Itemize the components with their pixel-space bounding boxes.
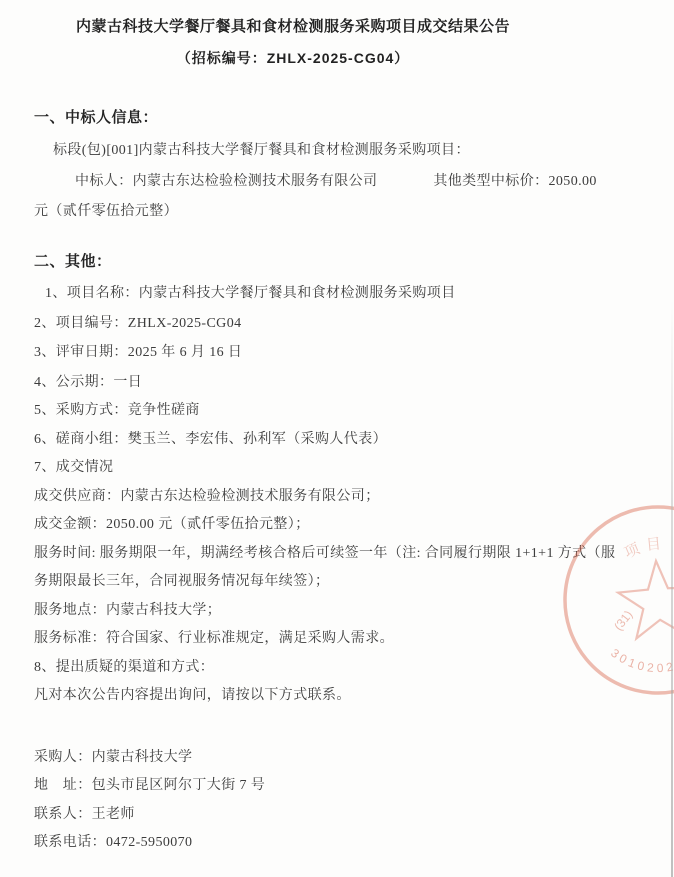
- item-project-no: 2、项目编号：ZHLX-2025-CG04: [34, 315, 552, 333]
- page-scan-edge: [671, 300, 673, 877]
- item-deal-situation: 7、成交情况: [34, 459, 552, 477]
- red-official-seal: 项目 301020264341 (31): [558, 500, 674, 700]
- deal-supplier-line: 成交供应商：内蒙古东达检验检测技术服务有限公司；: [34, 488, 552, 506]
- item-objection-channel: 8、提出质疑的渠道和方式：: [34, 659, 552, 677]
- seal-inner-label: (31): [611, 608, 635, 633]
- contact-phone-line: 联系电话：0472-5950070: [34, 834, 552, 852]
- item-project-name: 1、项目名称：内蒙古科技大学餐厅餐具和食材检测服务采购项目: [34, 285, 552, 303]
- announcement-document: 内蒙古科技大学餐厅餐具和食材检测服务采购项目成交结果公告 （招标编号：ZHLX-…: [0, 0, 674, 877]
- section-winner-heading: 一、中标人信息：: [34, 109, 552, 128]
- service-place-line: 服务地点：内蒙古科技大学；: [34, 602, 552, 620]
- winner-price: 其他类型中标价：2050.00: [433, 174, 597, 189]
- service-time-line-1: 服务时间: 服务期限一年，期满经考核合格后可续签一年（注: 合同履行期限 1+1…: [34, 545, 552, 563]
- item-review-date: 3、评审日期：2025 年 6 月 16 日: [34, 344, 552, 362]
- winner-name: 中标人：内蒙古东达检验检测技术服务有限公司: [75, 174, 377, 189]
- inquiry-note-line: 凡对本次公告内容提出询问，请按以下方式联系。: [34, 687, 552, 705]
- section-other-heading: 二、其他：: [34, 253, 552, 272]
- seal-top-text: 项目: [621, 530, 671, 564]
- deal-amount-line: 成交金额：2050.00 元（贰仟零伍拾元整）；: [34, 516, 552, 534]
- item-negotiation-team: 6、磋商小组：樊玉兰、李宏伟、孙利军（采购人代表）: [34, 431, 552, 449]
- item-procurement-method: 5、采购方式：竞争性磋商: [34, 402, 552, 420]
- address-line: 地 址：包头市昆区阿尔丁大街 7 号: [34, 777, 552, 795]
- tender-number-line: （招标编号：ZHLX-2025-CG04）: [34, 50, 552, 68]
- buyer-line: 采购人：内蒙古科技大学: [34, 749, 552, 767]
- service-time-line-2: 务期限最长三年，合同视服务情况每年续签）；: [34, 573, 552, 591]
- service-standard-line: 服务标准：符合国家、行业标准规定，满足采购人需求。: [34, 630, 552, 648]
- amount-in-words: 元（贰仟零伍拾元整）: [34, 203, 552, 221]
- item-publicity-period: 4、公示期：一日: [34, 374, 552, 392]
- page-title: 内蒙古科技大学餐厅餐具和食材检测服务采购项目成交结果公告: [34, 18, 552, 37]
- contact-person-line: 联系人：王老师: [34, 806, 552, 824]
- package-line: 标段(包)[001]内蒙古科技大学餐厅餐具和食材检测服务采购项目：: [34, 142, 552, 160]
- winner-row: 中标人：内蒙古东达检验检测技术服务有限公司 其他类型中标价：2050.00: [34, 173, 552, 191]
